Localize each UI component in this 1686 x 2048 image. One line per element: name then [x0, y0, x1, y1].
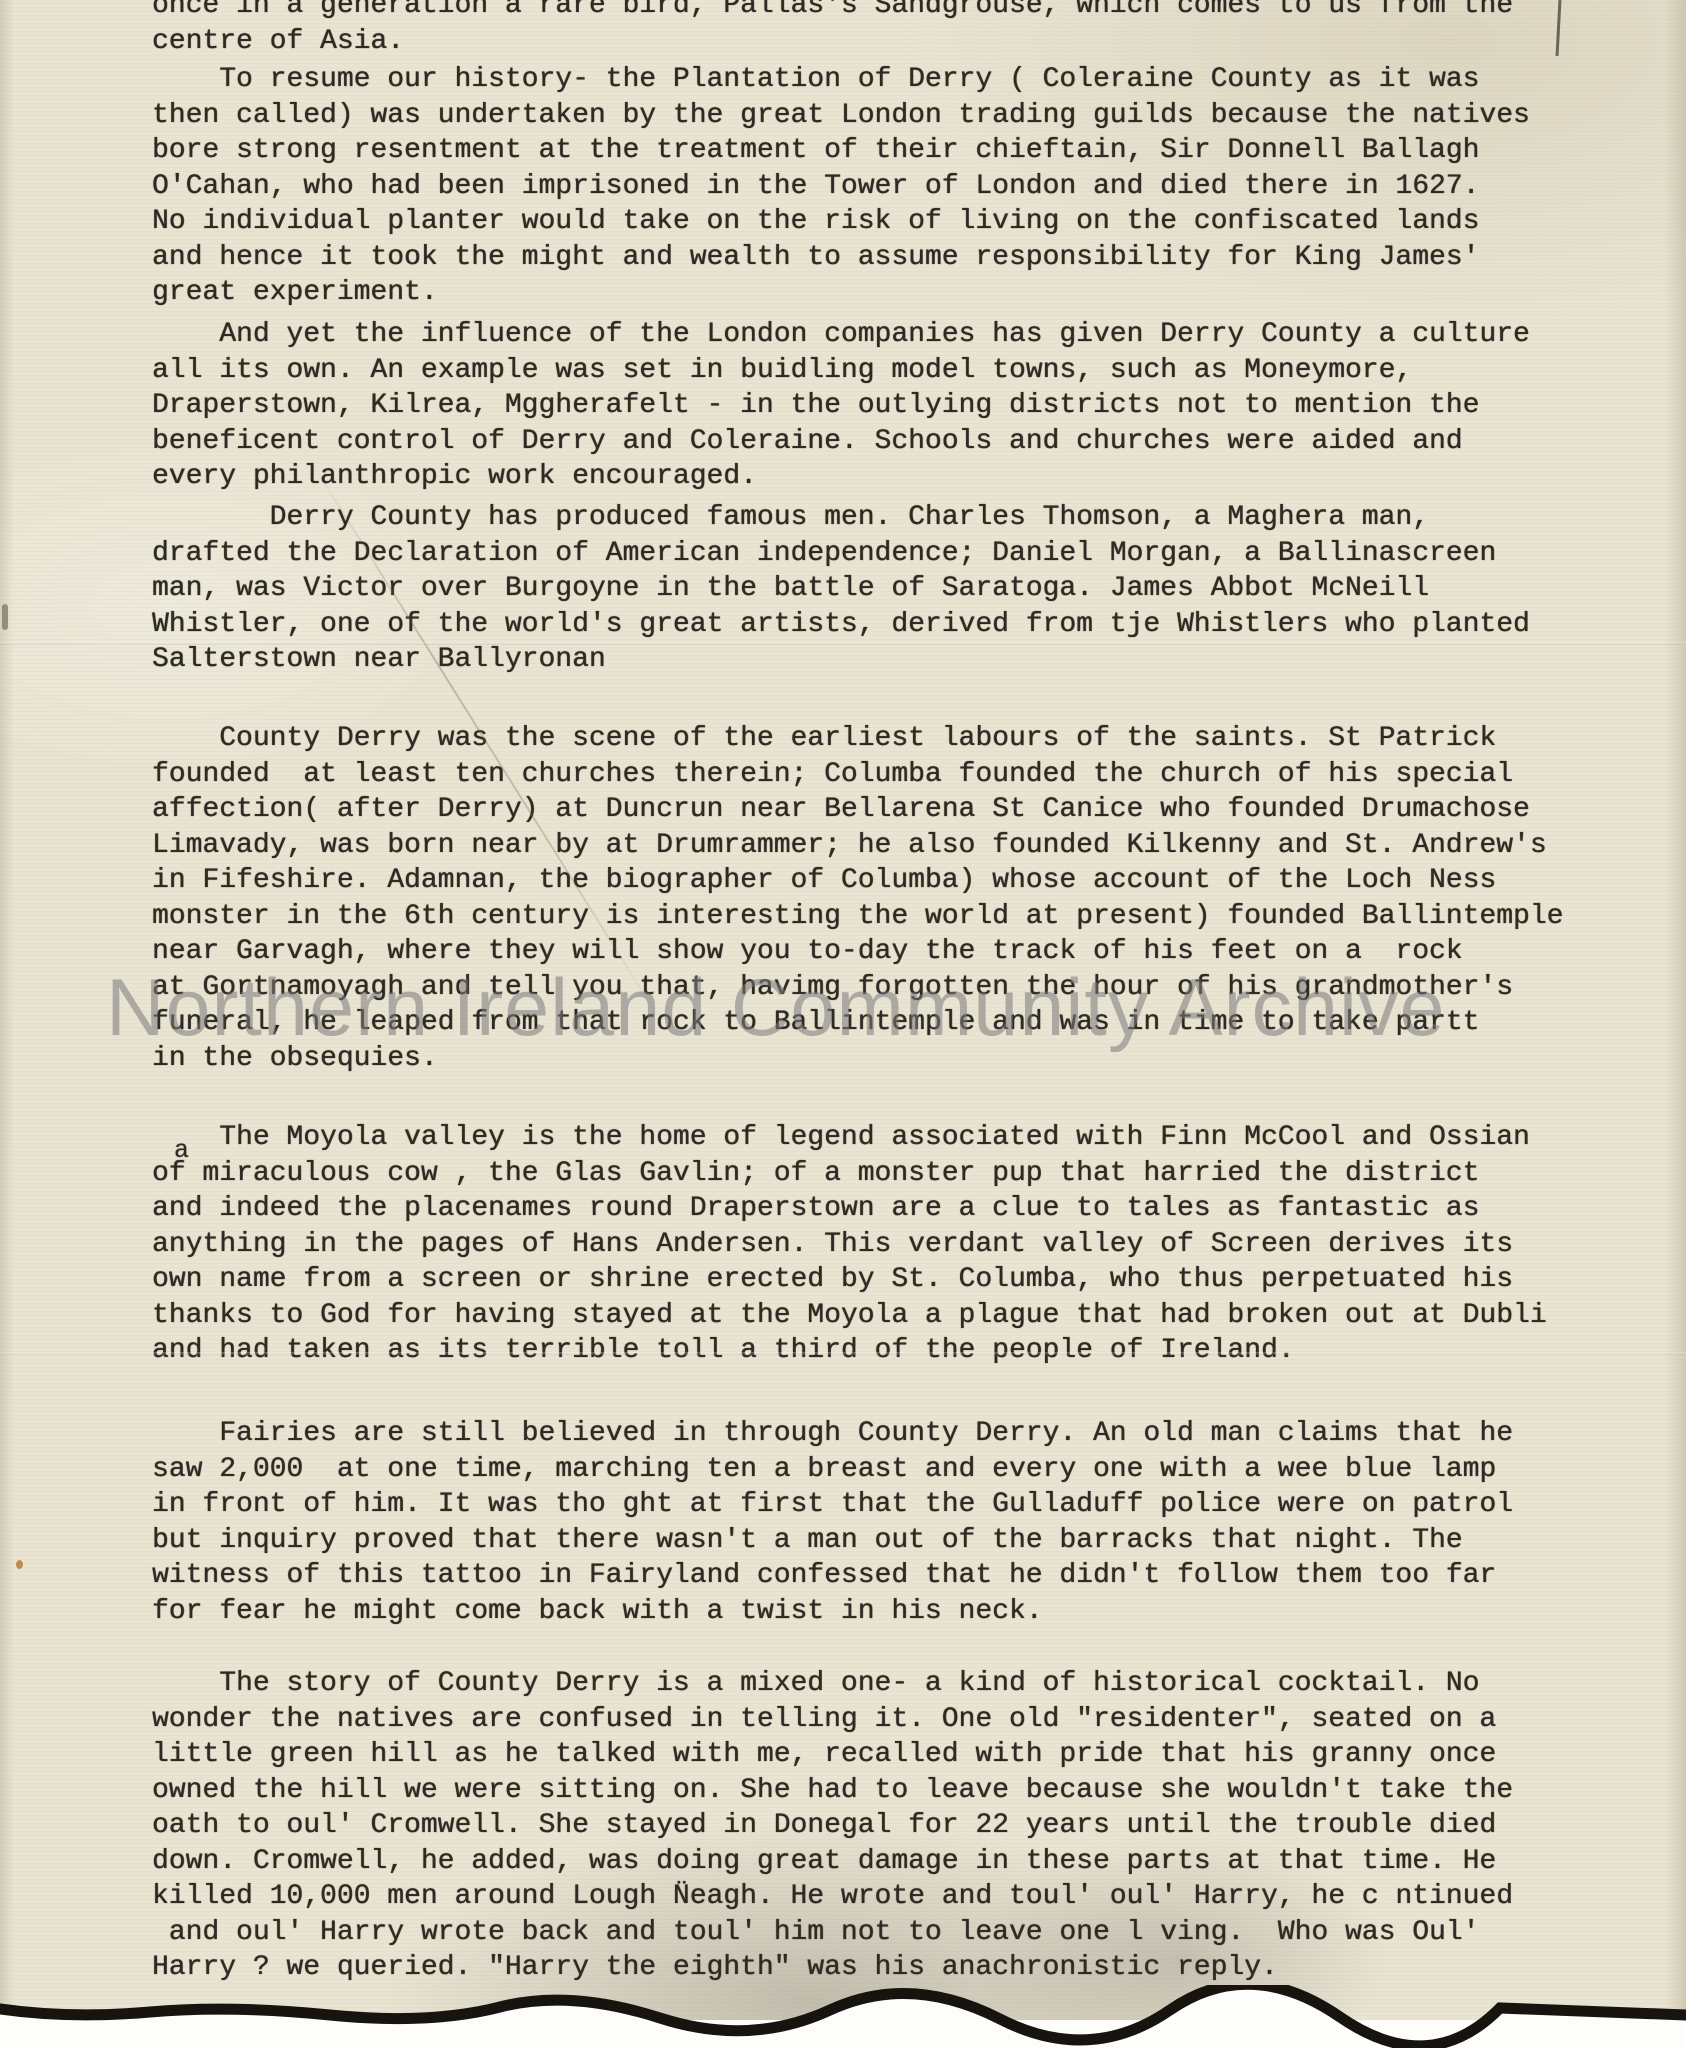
- text-line: wonder the natives are confused in telli…: [152, 1702, 1513, 1738]
- text-line: great experiment.: [152, 275, 1530, 311]
- torn-bottom-edge: [0, 1985, 1686, 2048]
- text-line: once in a generation a rare bird, Pallas…: [152, 0, 1513, 24]
- text-line: down. Cromwell, he added, was doing grea…: [152, 1844, 1513, 1880]
- text-line: and hence it took the might and wealth t…: [152, 240, 1530, 276]
- archive-watermark: Northern Ireland Community Archive: [106, 962, 1446, 1055]
- text-line: Harry ? we queried. "Harry the eighth" w…: [152, 1950, 1513, 1986]
- text-line: then called) was undertaken by the great…: [152, 98, 1530, 134]
- text-line: County Derry was the scene of the earlie…: [152, 721, 1563, 757]
- text-line: The story of County Derry is a mixed one…: [152, 1666, 1513, 1702]
- text-line: oath to oul' Cromwell. She stayed in Don…: [152, 1808, 1513, 1844]
- text-line: Derry County has produced famous men. Ch…: [152, 500, 1530, 536]
- text-line: And yet the influence of the London comp…: [152, 317, 1530, 353]
- text-line: witness of this tattoo in Fairyland conf…: [152, 1558, 1513, 1594]
- text-line: centre of Asia.: [152, 24, 1513, 60]
- text-line: of miraculous cow , the Glas Gavlin; of …: [152, 1156, 1547, 1192]
- text-line: O'Cahan, who had been imprisoned in the …: [152, 169, 1530, 205]
- text-line: anything in the pages of Hans Andersen. …: [152, 1227, 1547, 1263]
- paragraph-london-companies: And yet the influence of the London comp…: [152, 317, 1530, 495]
- text-line: in front of him. It was tho ght at first…: [152, 1487, 1513, 1523]
- text-line: man, was Victor over Burgoyne in the bat…: [152, 571, 1530, 607]
- text-line: every philanthropic work encouraged.: [152, 459, 1530, 495]
- text-line: beneficent control of Derry and Colerain…: [152, 424, 1530, 460]
- text-line: in Fifeshire. Adamnan, the biographer of…: [152, 863, 1563, 899]
- text-line: owned the hill we were sitting on. She h…: [152, 1773, 1513, 1809]
- text-line: but inquiry proved that there wasn't a m…: [152, 1523, 1513, 1559]
- text-line: thanks to God for having stayed at the M…: [152, 1298, 1547, 1334]
- text-line: and had taken as its terrible toll a thi…: [152, 1333, 1547, 1369]
- scanned-document: once in a generation a rare bird, Pallas…: [0, 0, 1686, 2048]
- text-line: Salterstown near Ballyronan: [152, 642, 1530, 678]
- paragraph-moyola-legends: The Moyola valley is the home of legend …: [152, 1120, 1547, 1369]
- document-page: once in a generation a rare bird, Pallas…: [0, 0, 1686, 2020]
- text-line: Draperstown, Kilrea, Mggherafelt - in th…: [152, 388, 1530, 424]
- text-line: monster in the 6th century is interestin…: [152, 899, 1563, 935]
- text-line: own name from a screen or shrine erected…: [152, 1262, 1547, 1298]
- inserted-letter: a: [174, 1136, 189, 1165]
- text-line: bore strong resentment at the treatment …: [152, 133, 1530, 169]
- paragraph-historical-cocktail: The story of County Derry is a mixed one…: [152, 1666, 1513, 1986]
- paragraph-famous-men: Derry County has produced famous men. Ch…: [152, 500, 1530, 678]
- paragraph-sandgrouse: once in a generation a rare bird, Pallas…: [152, 0, 1513, 59]
- text-line: saw 2,000 at one time, marching ten a br…: [152, 1452, 1513, 1488]
- text-line: drafted the Declaration of American inde…: [152, 536, 1530, 572]
- text-line: for fear he might come back with a twist…: [152, 1594, 1513, 1630]
- text-line: Whistler, one of the world's great artis…: [152, 607, 1530, 643]
- paragraph-plantation: To resume our history- the Plantation of…: [152, 62, 1530, 311]
- text-line: Fairies are still believed in through Co…: [152, 1416, 1513, 1452]
- text-line: all its own. An example was set in buidl…: [152, 353, 1530, 389]
- text-line: and oul' Harry wrote back and toul' him …: [152, 1915, 1513, 1951]
- text-line: Limavady, was born near by at Drumrammer…: [152, 828, 1563, 864]
- text-line: little green hill as he talked with me, …: [152, 1737, 1513, 1773]
- text-line: No individual planter would take on the …: [152, 204, 1530, 240]
- text-line: founded at least ten churches therein; C…: [152, 757, 1563, 793]
- text-line: and indeed the placenames round Draperst…: [152, 1191, 1547, 1227]
- text-line: To resume our history- the Plantation of…: [152, 62, 1530, 98]
- text-line: affection( after Derry) at Duncrun near …: [152, 792, 1563, 828]
- paragraph-fairies: Fairies are still believed in through Co…: [152, 1416, 1513, 1629]
- text-line: killed 10,000 men around Lough N̈eagh. H…: [152, 1879, 1513, 1915]
- text-line: The Moyola valley is the home of legend …: [152, 1120, 1547, 1156]
